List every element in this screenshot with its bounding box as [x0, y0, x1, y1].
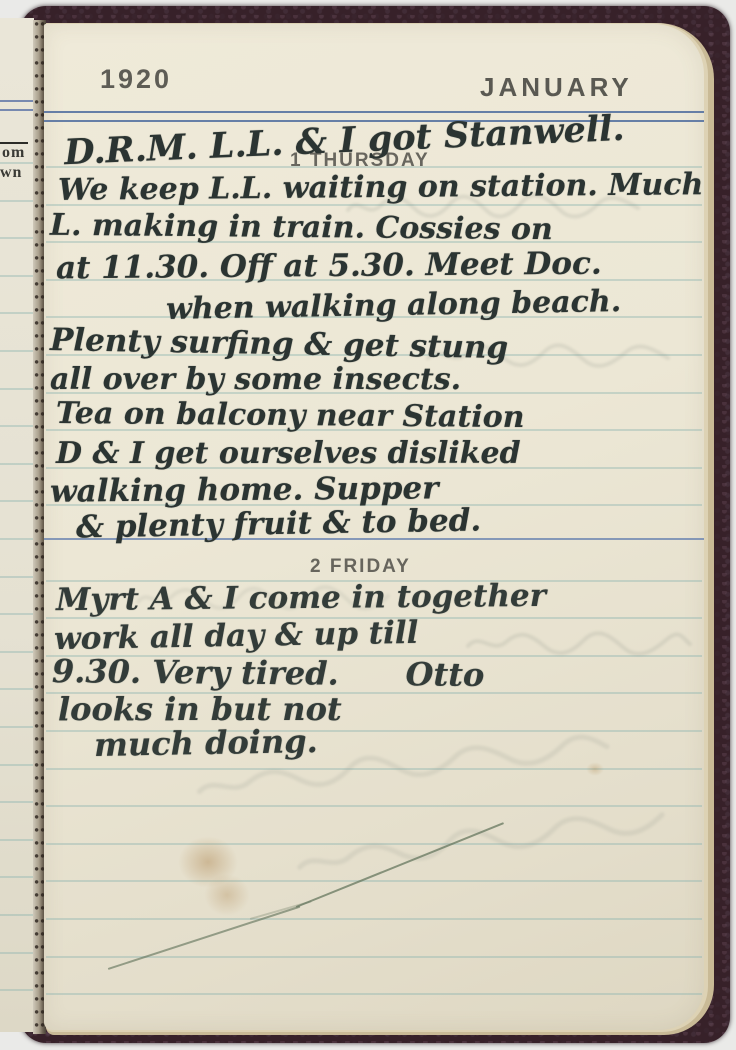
handwriting-line: Myrt A & I come in together	[56, 578, 546, 618]
feint-rule-line	[0, 576, 34, 578]
rule-line	[0, 109, 34, 111]
handwriting-line: Plenty surfing & get stung	[50, 322, 509, 366]
stain-mark	[586, 762, 604, 776]
diary-scan: om wn 1920 JANUARY 1 THURSDAY 2 FRIDAY D…	[0, 0, 736, 1050]
ink-bleedthrough	[464, 630, 694, 658]
feint-rule-line	[0, 726, 34, 728]
feint-rule-line	[0, 952, 34, 954]
feint-rule-line	[46, 880, 702, 882]
feint-rule-line	[0, 801, 34, 803]
feint-rule-line	[0, 237, 34, 239]
feint-rule-line	[0, 425, 34, 427]
handwriting-line: much doing.	[94, 722, 318, 764]
page-fragment-text: om	[2, 144, 25, 162]
feint-rule-line	[0, 839, 34, 841]
feint-rule-line	[0, 989, 34, 991]
feint-rule-line	[0, 500, 34, 502]
feint-rule-line	[0, 200, 34, 202]
handwriting-line: work all day & up till	[54, 615, 419, 657]
day-heading-friday: 2 FRIDAY	[310, 556, 411, 578]
handwriting-line: We keep L.L. waiting on station. Much	[58, 167, 704, 208]
feint-rule-line	[0, 463, 34, 465]
month-label: JANUARY	[480, 72, 633, 103]
handwriting-line: 9.30. Very tired. Otto	[52, 652, 485, 694]
stain-mark	[204, 874, 250, 916]
feint-rule-line	[0, 613, 34, 615]
feint-rule-line	[0, 764, 34, 766]
handwriting-line: all over by some insects.	[50, 362, 461, 397]
year-label: 1920	[100, 64, 172, 95]
feint-rule-line	[0, 688, 34, 690]
handwriting-line: & plenty fruit & to bed.	[76, 502, 482, 545]
pencil-stroke	[108, 906, 301, 970]
feint-rule-line	[0, 350, 34, 352]
previous-page-sliver: om wn	[0, 18, 34, 1032]
feint-rule-line	[46, 918, 702, 920]
feint-rule-line	[0, 538, 34, 540]
diary-page: 1920 JANUARY 1 THURSDAY 2 FRIDAY D.R.M. …	[44, 24, 704, 1030]
feint-rule-line	[0, 651, 34, 653]
page-fragment-text: wn	[0, 164, 22, 182]
feint-rule-line	[0, 162, 34, 164]
handwriting-line: D & I get ourselves disliked	[56, 436, 521, 471]
feint-rule-line	[0, 876, 34, 878]
feint-rule-line	[46, 805, 702, 807]
handwriting-line: when walking along beach.	[166, 284, 622, 327]
feint-rule-line	[0, 312, 34, 314]
rule-line	[0, 100, 34, 102]
handwriting-line: Tea on balcony near Station	[56, 396, 525, 435]
pencil-bleedthrough	[293, 800, 684, 881]
handwriting-line: at 11.30. Off at 5.30. Meet Doc.	[56, 246, 602, 287]
feint-rule-line	[46, 993, 702, 995]
feint-rule-line	[0, 914, 34, 916]
feint-rule-line	[0, 388, 34, 390]
feint-rule-line	[0, 275, 34, 277]
handwriting-line: L. making in train. Cossies on	[50, 208, 553, 247]
